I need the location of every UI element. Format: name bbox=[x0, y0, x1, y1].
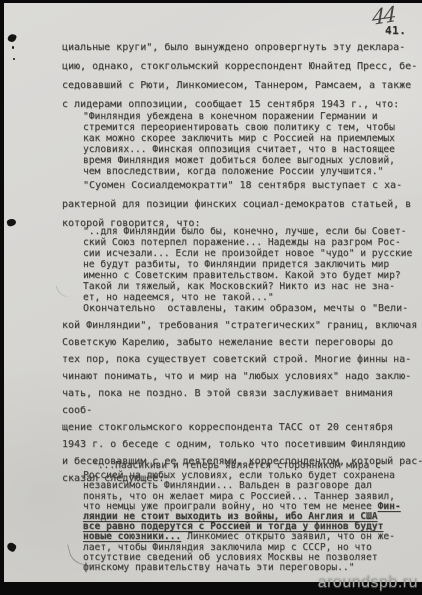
paragraph-okonchatelno: Окончательно оставлены, таким образом, м… bbox=[62, 300, 422, 487]
ink-speck bbox=[12, 46, 14, 49]
quote-text-before-underline: "...Паасикиви и теперь является сторонни… bbox=[83, 460, 395, 512]
scanned-page: 44 41. циальные круги", было вынуждено о… bbox=[0, 0, 422, 595]
paragraph-suomen: "Суомен Сосиалдемократти" 18 сентября вы… bbox=[62, 176, 422, 233]
ink-speck bbox=[13, 58, 15, 60]
quote-block-united-press: "Финляндия убеждена в конечном поражении… bbox=[83, 112, 422, 177]
paragraph-continuation: циальные круги", было вынуждено опроверг… bbox=[62, 38, 422, 114]
quote-block-social-democrats: "..для Финляндии было бы, конечно, лучше… bbox=[83, 226, 422, 303]
quote-block-tass-correspondent: "...Паасикиви и теперь является сторонни… bbox=[83, 461, 422, 573]
page-number: 41. bbox=[385, 24, 406, 37]
watermark: aroundspb.ru bbox=[318, 574, 418, 592]
